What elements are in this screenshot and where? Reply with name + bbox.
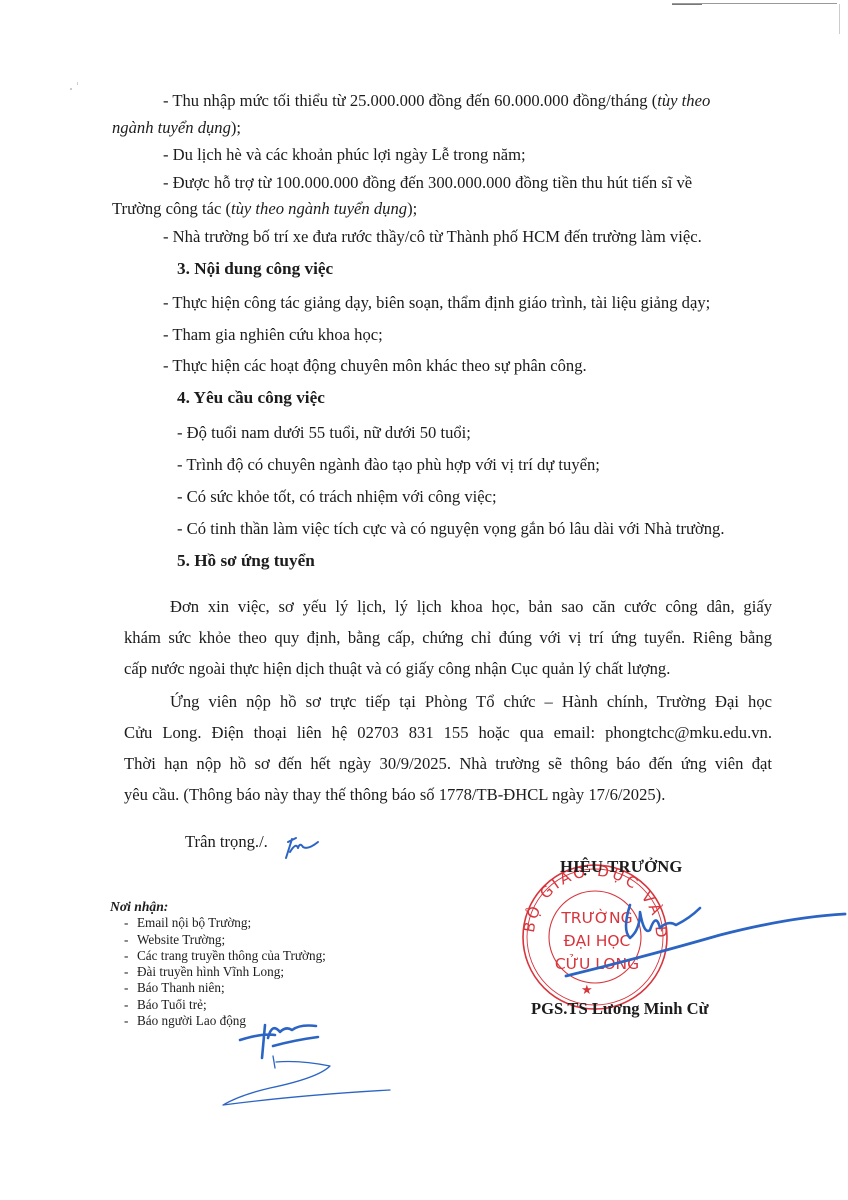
signature-strokes [0,0,848,1200]
